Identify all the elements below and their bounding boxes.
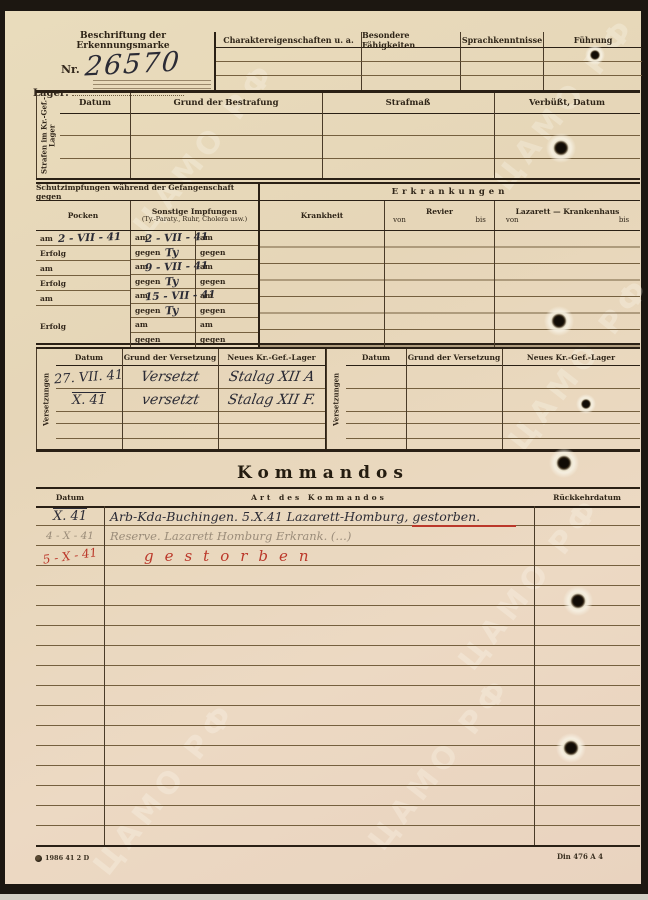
- vers-col-lager: Neues Kr.-Gef.-Lager: [218, 349, 325, 365]
- krankheit-header: Krankheit: [260, 201, 384, 230]
- kommando-datum: 5 - X - 41: [35, 544, 104, 567]
- vers-col-lager: Neues Kr.-Gef.-Lager: [502, 349, 640, 365]
- kommandos-table: Datum Art des Kommandos Rückkehrdatum X.…: [36, 487, 640, 847]
- kommando-datum: X. 41: [36, 509, 104, 524]
- vers-col-datum: Datum: [56, 349, 122, 365]
- sonstige-header: Sonstige Impfungen (Ty.-Paraty., Ruhr, C…: [130, 201, 260, 230]
- nr-label: Nr.: [61, 63, 80, 76]
- erkennungsmarke-number: 26570: [84, 50, 182, 79]
- pocken-header: Pocken: [36, 201, 130, 230]
- strafen-table: Strafen im Kr.-Gef.-Lager Datum Grund de…: [36, 90, 640, 180]
- strafen-col-grund: Grund der Bestrafung: [130, 93, 322, 113]
- impfung-gegen-entry: Ty: [165, 303, 179, 317]
- kom-col-art: Art des Kommandos: [104, 489, 534, 506]
- kommando-text: gestorben: [104, 547, 640, 565]
- kommando-text-underlined: gestorben.: [412, 509, 516, 527]
- strafen-col-strafmass: Strafmaß: [322, 93, 494, 113]
- versetzungen-empty-rows: [346, 409, 640, 449]
- versetzung-datum: X. 41: [72, 393, 106, 408]
- empty-cell: [543, 76, 642, 90]
- strafen-side-label: Strafen im Kr.-Gef.-Lager: [36, 93, 60, 178]
- erkrankungen-title: Erkrankungen: [260, 184, 640, 200]
- empty-cell: [460, 76, 543, 90]
- vers-col-grund: Grund der Versetzung: [406, 349, 502, 365]
- kommando-datum: 4 - X - 41: [36, 530, 104, 542]
- col-fuehrung: Führung: [543, 32, 642, 48]
- column-divider: [218, 349, 219, 449]
- pocken-column: am2 - VII - 41 Erfolg am Erfolg am Erfol…: [36, 231, 130, 347]
- ruled-lines: [93, 77, 211, 90]
- empty-cell: [216, 48, 361, 62]
- versetzungen-side-label: Versetzungen: [326, 349, 346, 449]
- sonstige-column-1: am2 - VII - 41 gegenTy am9 - VII - 41 ge…: [130, 231, 195, 347]
- versetzungen-table-left: Versetzungen Datum Grund der Versetzung …: [36, 349, 325, 449]
- column-divider: [130, 93, 131, 178]
- empty-cell: [216, 62, 361, 76]
- vers-col-datum: Datum: [346, 349, 406, 365]
- col-charakter: Charaktereigenschaften u. a.: [216, 32, 361, 48]
- pocken-date-entry: 2 - VII - 41: [58, 231, 122, 245]
- pow-record-card: ЦАМО РФ ЦАМО РФ ЦАМО РФ ЦАМО РФ ЦАМО РФ …: [5, 11, 641, 884]
- din-format-label: Din 476 A 4: [557, 852, 603, 861]
- column-divider: [122, 349, 123, 449]
- revier-header: Revier vonbis: [384, 201, 494, 230]
- erkennungsmarke-block: Beschriftung der Erkennungsmarke Nr. 265…: [33, 31, 213, 99]
- col-sprachkenntnisse: Sprachkenntnisse: [460, 32, 543, 48]
- column-divider: [502, 349, 503, 449]
- versetzung-lager: Stalag XII F.: [226, 392, 316, 408]
- printer-mark-icon: [35, 855, 42, 862]
- vers-col-grund: Grund der Versetzung: [122, 349, 218, 365]
- kommando-text: Reserve. Lazarett Homburg Erkrank. (…): [104, 529, 640, 543]
- kommandos-title: Kommandos: [5, 463, 641, 483]
- versetzung-row: 27. VII. 41 Versetzt Stalag XII A: [56, 366, 325, 389]
- empty-cell: [460, 48, 543, 62]
- column-divider: [406, 349, 407, 449]
- strafen-empty-rows: [60, 113, 640, 178]
- erkennungsmarke-label: Beschriftung der Erkennungsmarke: [33, 31, 213, 51]
- empty-cell: [460, 62, 543, 76]
- erkrankungen-empty-rows: [260, 231, 640, 347]
- sonstige-column-2: am gegen am gegen am gegen am gegen: [195, 231, 260, 347]
- empty-cell: [216, 76, 361, 90]
- column-divider: [494, 93, 495, 178]
- versetzung-grund: Versetzt: [140, 369, 201, 385]
- lazarett-header: Lazarett — Krankenhaus vonbis: [494, 201, 640, 230]
- versetzungen-side-label: Versetzungen: [36, 349, 56, 449]
- kommandos-rows: X. 41 Arb-Kda-Buchingen. 5.X.41 Lazarett…: [36, 506, 640, 845]
- header-table: Charaktereigenschaften u. a. Besondere F…: [214, 32, 642, 90]
- versetzung-grund: versetzt: [140, 392, 200, 408]
- empty-cell: [361, 62, 460, 76]
- empty-cell: [543, 48, 642, 62]
- impfungen-erkrankungen-table: Schutzimpfungen während der Gefangenscha…: [36, 182, 640, 345]
- print-code: 1986 41 2 D: [35, 854, 89, 862]
- impfung-gegen-entry: Ty: [165, 245, 179, 259]
- kom-col-rueckkehr: Rückkehrdatum: [534, 489, 640, 506]
- schutzimpfungen-title: Schutzimpfungen während der Gefangenscha…: [36, 184, 260, 200]
- kommando-row: 4 - X - 41 Reserve. Lazarett Homburg Erk…: [36, 526, 640, 546]
- impfung-gegen-entry: Ty: [165, 274, 179, 288]
- kommando-row: X. 41 Arb-Kda-Buchingen. 5.X.41 Lazarett…: [36, 506, 640, 526]
- empty-cell: [361, 48, 460, 62]
- scanned-card-page: ЦАМО РФ ЦАМО РФ ЦАМО РФ ЦАМО РФ ЦАМО РФ …: [0, 0, 648, 900]
- column-divider: [494, 231, 495, 347]
- print-code-text: 1986 41 2 D: [45, 854, 89, 862]
- kommando-row: 5 - X - 41 gestorben: [36, 546, 640, 566]
- versetzungen-table-right: Versetzungen Datum Grund der Versetzung …: [325, 349, 640, 449]
- strafen-col-datum: Datum: [60, 93, 130, 113]
- versetzung-row: [346, 366, 640, 389]
- versetzung-datum: 27. VII. 41: [54, 367, 124, 387]
- col-faehigkeiten: Besondere Fähigkeiten: [361, 32, 460, 48]
- column-divider: [384, 231, 385, 347]
- column-divider: [322, 93, 323, 178]
- versetzungen-empty-rows: [56, 409, 325, 449]
- scanner-bed-strip: [0, 894, 648, 900]
- empty-cell: [361, 76, 460, 90]
- strafen-col-verbuesst: Verbüßt, Datum: [494, 93, 640, 113]
- kom-col-datum: Datum: [36, 489, 104, 506]
- strafen-header-row: Datum Grund der Bestrafung Strafmaß Verb…: [60, 93, 640, 114]
- versetzungen-tables: Versetzungen Datum Grund der Versetzung …: [36, 347, 640, 452]
- kommando-text: Arb-Kda-Buchingen. 5.X.41 Lazarett-Hombu…: [110, 509, 408, 524]
- empty-cell: [543, 62, 642, 76]
- versetzung-lager: Stalag XII A: [227, 369, 315, 385]
